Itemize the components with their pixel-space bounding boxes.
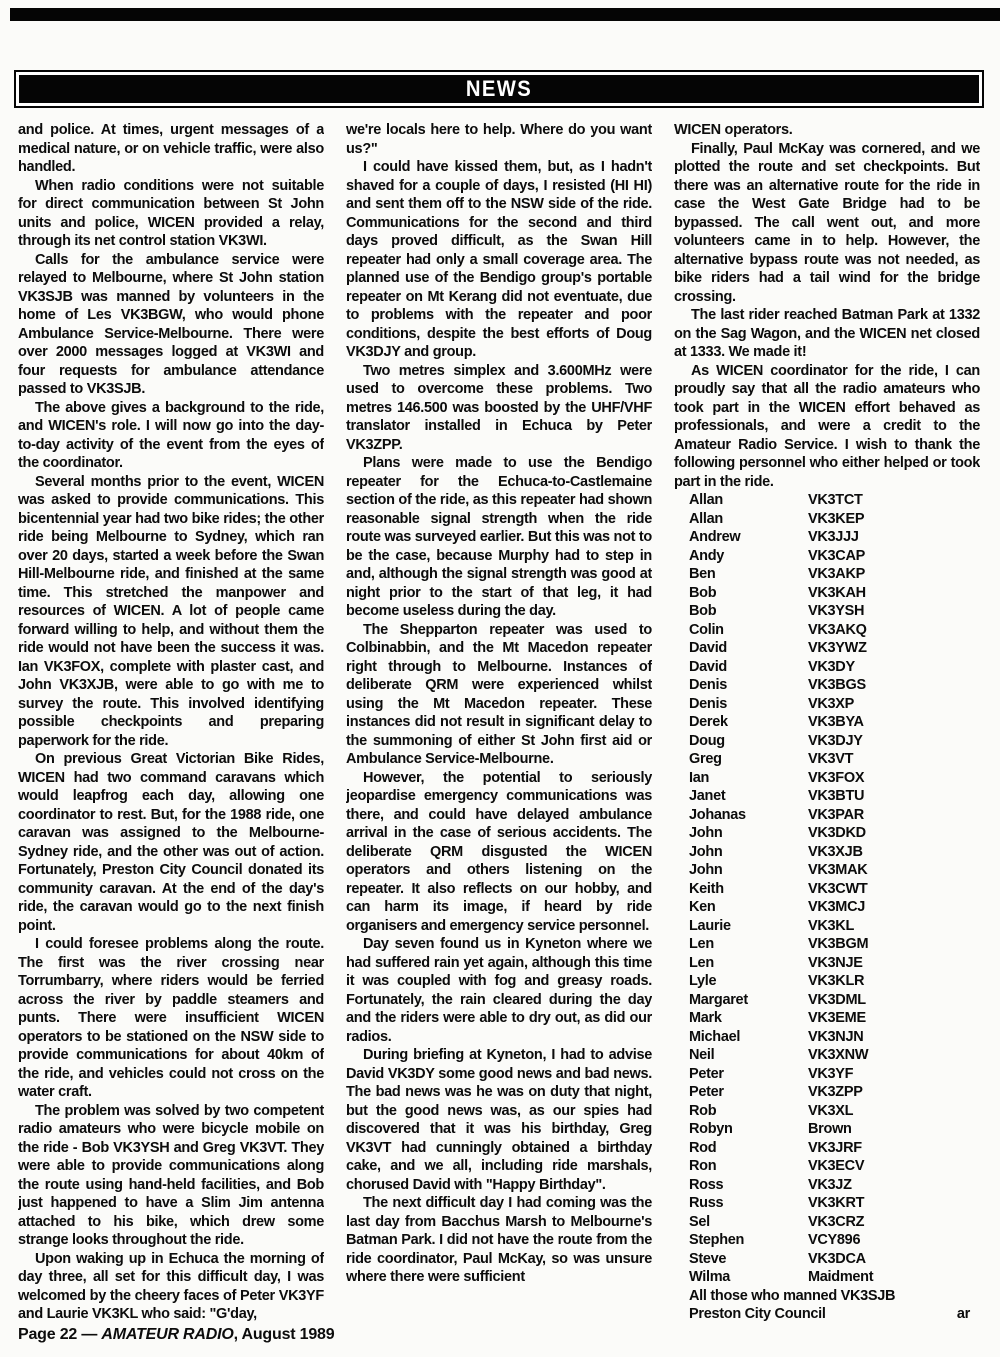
roster-row: SteveVK3DCA xyxy=(674,1250,980,1269)
roster-row: DenisVK3BGS xyxy=(674,676,980,695)
roster-row: PeterVK3ZPP xyxy=(674,1083,980,1102)
roster-callsign: VK3XNW xyxy=(808,1046,980,1065)
roster-callsign: VK3CWT xyxy=(808,880,980,899)
roster-callsign: Brown xyxy=(808,1120,980,1139)
roster-name: John xyxy=(689,843,808,862)
column-1: and police. At times, urgent messages of… xyxy=(18,121,324,1322)
roster-row: JohnVK3DKD xyxy=(674,824,980,843)
paragraph: The Shepparton repeater was used to Colb… xyxy=(346,621,652,769)
roster-row: AndyVK3CAP xyxy=(674,547,980,566)
roster-callsign: VK3XL xyxy=(808,1102,980,1121)
roster-name: Steve xyxy=(689,1250,808,1269)
roster-callsign: VK3YF xyxy=(808,1065,980,1084)
roster-row: DerekVK3BYA xyxy=(674,713,980,732)
roster-name: Sel xyxy=(689,1213,808,1232)
page-footer: Page 22 — AMATEUR RADIO, August 1989 xyxy=(18,1326,334,1344)
column-3-paragraphs: WICEN operators.Finally, Paul McKay was … xyxy=(674,121,980,491)
roster-row: AllanVK3TCT xyxy=(674,491,980,510)
roster-row: RussVK3KRT xyxy=(674,1194,980,1213)
roster-name: Andrew xyxy=(689,528,808,547)
roster-row: RodVK3JRF xyxy=(674,1139,980,1158)
roster-callsign: VK3KAH xyxy=(808,584,980,603)
roster-name: Ian xyxy=(689,769,808,788)
paragraph: Calls for the ambulance service were rel… xyxy=(18,251,324,399)
roster-callsign: VK3KEP xyxy=(808,510,980,529)
roster-name: Russ xyxy=(689,1194,808,1213)
paragraph: The last rider reached Batman Park at 13… xyxy=(674,306,980,362)
paragraph: The next difficult day I had coming was … xyxy=(346,1194,652,1287)
roster-name: Colin xyxy=(689,621,808,640)
roster-callsign: VK3XP xyxy=(808,695,980,714)
roster-row: NeilVK3XNW xyxy=(674,1046,980,1065)
roster-callsign: VK3NJE xyxy=(808,954,980,973)
roster-name: Rob xyxy=(689,1102,808,1121)
roster-name: Ben xyxy=(689,565,808,584)
roster-row: LenVK3NJE xyxy=(674,954,980,973)
paragraph: I could foresee problems along the route… xyxy=(18,935,324,1102)
paragraph: The problem was solved by two competent … xyxy=(18,1102,324,1250)
paragraph: Two metres simplex and 3.600MHz were use… xyxy=(346,362,652,455)
roster-row: JohnVK3XJB xyxy=(674,843,980,862)
roster-name: Rod xyxy=(689,1139,808,1158)
roster-callsign: Maidment xyxy=(808,1268,980,1287)
roster-callsign: VK3AKQ xyxy=(808,621,980,640)
roster-row: KenVK3MCJ xyxy=(674,898,980,917)
roster-name: Wilma xyxy=(689,1268,808,1287)
paragraph: Day seven found us in Kyneton where we h… xyxy=(346,935,652,1046)
roster-callsign: VK3KL xyxy=(808,917,980,936)
paragraph: As WICEN coordinator for the ride, I can… xyxy=(674,362,980,492)
roster-callsign: VK3BTU xyxy=(808,787,980,806)
roster-name: Janet xyxy=(689,787,808,806)
roster-callsign: VK3NJN xyxy=(808,1028,980,1047)
roster-name: Len xyxy=(689,935,808,954)
top-rule-bar xyxy=(10,8,1000,21)
roster-row: IanVK3FOX xyxy=(674,769,980,788)
roster-name: Bob xyxy=(689,602,808,621)
roster-callsign: VK3XJB xyxy=(808,843,980,862)
roster-callsign: VK3DKD xyxy=(808,824,980,843)
news-banner: NEWS xyxy=(14,70,984,108)
roster-callsign: VK3CRZ xyxy=(808,1213,980,1232)
roster-callsign: VK3ECV xyxy=(808,1157,980,1176)
roster-row: BenVK3AKP xyxy=(674,565,980,584)
roster-name: Bob xyxy=(689,584,808,603)
roster-name: Neil xyxy=(689,1046,808,1065)
roster-callsign: VK3DY xyxy=(808,658,980,677)
roster-row: RonVK3ECV xyxy=(674,1157,980,1176)
roster-row: DavidVK3YWZ xyxy=(674,639,980,658)
roster-name: Mark xyxy=(689,1009,808,1028)
roster-callsign: VK3DJY xyxy=(808,732,980,751)
roster-callsign: VCY896 xyxy=(808,1231,980,1250)
roster-name: Lyle xyxy=(689,972,808,991)
paragraph: The above gives a background to the ride… xyxy=(18,399,324,473)
roster-name: Denis xyxy=(689,676,808,695)
magazine-page: NEWS and police. At times, urgent messag… xyxy=(0,0,1000,1357)
roster-row: AllanVK3KEP xyxy=(674,510,980,529)
roster-name: Ross xyxy=(689,1176,808,1195)
roster-row: RobVK3XL xyxy=(674,1102,980,1121)
roster-row: DougVK3DJY xyxy=(674,732,980,751)
footer-page-label: Page 22 — xyxy=(18,1326,101,1343)
footer-date: , August 1989 xyxy=(234,1326,335,1343)
roster-callsign: VK3PAR xyxy=(808,806,980,825)
roster-row: ColinVK3AKQ xyxy=(674,621,980,640)
roster-final-line: Preston City Council ar xyxy=(674,1305,980,1322)
roster-callsign: VK3DML xyxy=(808,991,980,1010)
roster-row: DavidVK3DY xyxy=(674,658,980,677)
roster-callsign: VK3JRF xyxy=(808,1139,980,1158)
roster-callsign: VK3BYA xyxy=(808,713,980,732)
roster-name: Derek xyxy=(689,713,808,732)
roster-callsign: VK3TCT xyxy=(808,491,980,510)
roster-callsign: VK3KLR xyxy=(808,972,980,991)
roster-row: MargaretVK3DML xyxy=(674,991,980,1010)
roster-name: Denis xyxy=(689,695,808,714)
roster-row: BobVK3KAH xyxy=(674,584,980,603)
column-2: we're locals here to help. Where do you … xyxy=(346,121,652,1322)
roster-callsign: VK3JJJ xyxy=(808,528,980,547)
article-end-marker: ar xyxy=(957,1305,970,1322)
column-3: WICEN operators.Finally, Paul McKay was … xyxy=(674,121,980,1322)
roster-name: John xyxy=(689,824,808,843)
roster-row: RossVK3JZ xyxy=(674,1176,980,1195)
roster-name: David xyxy=(689,658,808,677)
paragraph: WICEN operators. xyxy=(674,121,980,140)
roster-name: Margaret xyxy=(689,991,808,1010)
paragraph: I could have kissed them, but, as I hadn… xyxy=(346,158,652,362)
roster-callsign: VK3AKP xyxy=(808,565,980,584)
paragraph: we're locals here to help. Where do you … xyxy=(346,121,652,158)
paragraph: Several months prior to the event, WICEN… xyxy=(18,473,324,751)
roster-row: GregVK3VT xyxy=(674,750,980,769)
roster-row: LenVK3BGM xyxy=(674,935,980,954)
roster-name: Allan xyxy=(689,491,808,510)
roster-row: WilmaMaidment xyxy=(674,1268,980,1287)
roster-name: Andy xyxy=(689,547,808,566)
roster-callsign: VK3JZ xyxy=(808,1176,980,1195)
paragraph: Plans were made to use the Bendigo repea… xyxy=(346,454,652,621)
roster-name: Laurie xyxy=(689,917,808,936)
roster-callsign: VK3FOX xyxy=(808,769,980,788)
paragraph: When radio conditions were not suitable … xyxy=(18,177,324,251)
roster-name: Greg xyxy=(689,750,808,769)
paragraph: Upon waking up in Echuca the morning of … xyxy=(18,1250,324,1323)
roster-name: Keith xyxy=(689,880,808,899)
roster-name: Ken xyxy=(689,898,808,917)
roster-note-line: All those who manned VK3SJB xyxy=(674,1287,980,1306)
roster-name: Peter xyxy=(689,1065,808,1084)
section-title: NEWS xyxy=(466,76,532,102)
roster-name: Doug xyxy=(689,732,808,751)
paragraph: However, the potential to seriously jeop… xyxy=(346,769,652,936)
roster-callsign: VK3VT xyxy=(808,750,980,769)
roster-row: KeithVK3CWT xyxy=(674,880,980,899)
roster-row: AndrewVK3JJJ xyxy=(674,528,980,547)
roster-name: David xyxy=(689,639,808,658)
footer-magazine-title: AMATEUR RADIO xyxy=(101,1326,233,1343)
paragraph: and police. At times, urgent messages of… xyxy=(18,121,324,177)
operator-roster: AllanVK3TCTAllanVK3KEPAndrewVK3JJJAndyVK… xyxy=(674,491,980,1287)
roster-name: Allan xyxy=(689,510,808,529)
roster-name: Peter xyxy=(689,1083,808,1102)
roster-name: Johanas xyxy=(689,806,808,825)
roster-row: JohanasVK3PAR xyxy=(674,806,980,825)
roster-row: SelVK3CRZ xyxy=(674,1213,980,1232)
roster-callsign: VK3BGS xyxy=(808,676,980,695)
roster-callsign: VK3YSH xyxy=(808,602,980,621)
paragraph: Finally, Paul McKay was cornered, and we… xyxy=(674,140,980,307)
paragraph: During briefing at Kyneton, I had to adv… xyxy=(346,1046,652,1194)
roster-callsign: VK3ZPP xyxy=(808,1083,980,1102)
roster-row: LyleVK3KLR xyxy=(674,972,980,991)
roster-callsign: VK3MAK xyxy=(808,861,980,880)
roster-callsign: VK3MCJ xyxy=(808,898,980,917)
roster-row: JanetVK3BTU xyxy=(674,787,980,806)
roster-name: Robyn xyxy=(689,1120,808,1139)
paragraph: On previous Great Victorian Bike Rides, … xyxy=(18,750,324,935)
roster-callsign: VK3KRT xyxy=(808,1194,980,1213)
roster-name: Len xyxy=(689,954,808,973)
roster-row: JohnVK3MAK xyxy=(674,861,980,880)
roster-final-text: Preston City Council xyxy=(689,1305,826,1322)
roster-row: RobynBrown xyxy=(674,1120,980,1139)
roster-name: Stephen xyxy=(689,1231,808,1250)
roster-row: MarkVK3EME xyxy=(674,1009,980,1028)
roster-callsign: VK3DCA xyxy=(808,1250,980,1269)
roster-callsign: VK3CAP xyxy=(808,547,980,566)
roster-row: StephenVCY896 xyxy=(674,1231,980,1250)
roster-name: Ron xyxy=(689,1157,808,1176)
roster-name: Michael xyxy=(689,1028,808,1047)
news-banner-fill: NEWS xyxy=(19,75,979,103)
roster-row: PeterVK3YF xyxy=(674,1065,980,1084)
roster-row: BobVK3YSH xyxy=(674,602,980,621)
roster-row: MichaelVK3NJN xyxy=(674,1028,980,1047)
roster-row: DenisVK3XP xyxy=(674,695,980,714)
roster-callsign: VK3EME xyxy=(808,1009,980,1028)
roster-name: John xyxy=(689,861,808,880)
roster-row: LaurieVK3KL xyxy=(674,917,980,936)
roster-callsign: VK3YWZ xyxy=(808,639,980,658)
roster-callsign: VK3BGM xyxy=(808,935,980,954)
article-body: and police. At times, urgent messages of… xyxy=(18,121,982,1322)
